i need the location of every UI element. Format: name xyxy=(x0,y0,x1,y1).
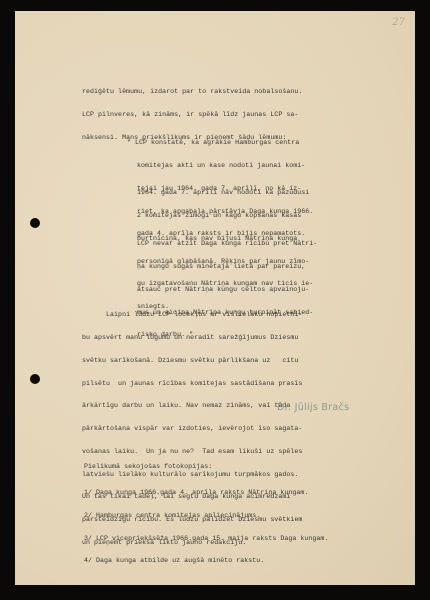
appeal-line: pārkārtošana vispār var izdoties, ievēro… xyxy=(82,425,302,433)
punch-hole-bottom xyxy=(30,374,40,384)
attachments-list: Pielikumā sekojošas fotokopijas: 1/ Daga… xyxy=(84,448,328,580)
resolution-line: " LCP konstatē, ka agrākie Hamburgas cen… xyxy=(127,139,313,147)
intro-line: rediģētu lēmumu, izdarot par to rakstvei… xyxy=(82,88,302,96)
resolution-line: ņa kungu sugāš minētajā lietā par pareiz… xyxy=(137,263,317,271)
appeal-line: pilsētu un jaunas rīcības komitejas sast… xyxy=(82,380,302,388)
attachment-item: 3/ LCP vicepriekšsēža 1966.gada 15. maij… xyxy=(84,535,328,543)
resolution-line: 2 komitejas zīmogi un kagu kopsanas kasa… xyxy=(137,212,313,220)
attachment-item: 2/ Hamburgas centra komitejas apliecināj… xyxy=(84,512,328,520)
appeal-line: bu apsvērt manu lūgumu un neradīt sarežģ… xyxy=(82,334,302,342)
appeal-line: Laipni lūdzu LCP locekļus ar vislielāko … xyxy=(82,311,302,319)
attachments-heading: Pielikumā sekojošas fotokopijas: xyxy=(84,463,328,471)
intro-line: LCP pilnveres, kā zināms, ir spēkā līdz … xyxy=(82,111,302,119)
punch-hole-top xyxy=(30,218,40,228)
signature-stamp: Dr. Jūlijs Bračs xyxy=(277,402,349,413)
page-number: 27 xyxy=(392,17,405,28)
document-page: 27 rediģētu lēmumu, izdarot par to rakst… xyxy=(15,11,415,585)
appeal-line: ārkārtīgu darbu un laiku. Nav nemaz zinā… xyxy=(82,402,302,410)
appeal-line: svētku sarīkošanā. Dziesmu svētku pārlik… xyxy=(82,357,302,365)
resolution-line: LCP nevar atzīt Daga kunga rīcību pret N… xyxy=(137,240,317,248)
resolution-line: atsauc pret Nātriņa kungu celtos apvaino… xyxy=(137,286,317,294)
attachment-item: 1/ Daga kunga 1966.gada 4. aprīļa raksts… xyxy=(84,489,328,497)
attachment-item: 4/ Daga kunga atbilde uz augšā minēto ra… xyxy=(84,557,328,565)
resolution-line: komitejas akti un kase nodoti jaunai kom… xyxy=(137,162,313,170)
resolution-line: 1964. gada 7. aprīlī nav nodoti kā pazud… xyxy=(137,189,313,197)
